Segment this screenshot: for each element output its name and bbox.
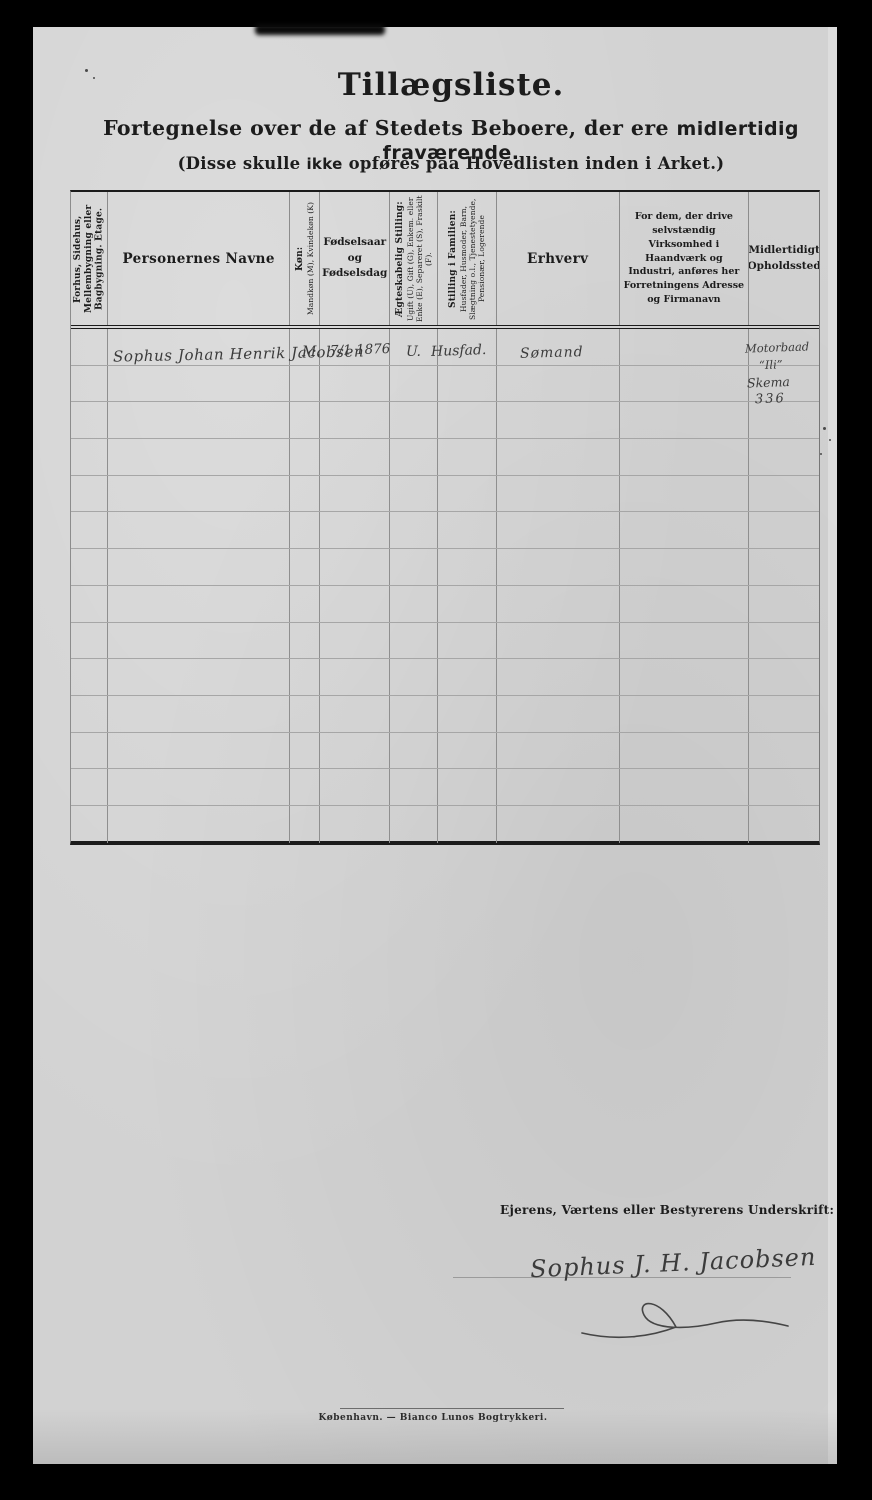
table-row (71, 439, 819, 476)
col-header-label: Erhverv (527, 251, 588, 267)
note-text-prefix: (Disse skulle (178, 154, 307, 173)
subtitle-text: Fortegnelse over de af Stedets Beboere, … (103, 116, 676, 140)
table-cell (290, 366, 320, 402)
table-cell (620, 476, 750, 512)
table-cell (438, 366, 497, 402)
table-cell (438, 623, 497, 659)
table-cell (620, 329, 750, 365)
table-cell (108, 696, 291, 732)
col-header-names: Personernes Navne (108, 192, 291, 325)
table-cell (620, 733, 750, 769)
table-cell (320, 402, 390, 438)
table-cell (438, 439, 497, 475)
table-cell (108, 366, 291, 402)
table-cell (497, 549, 620, 585)
col-header-family-position: Stilling i Familien:Husfader, Husmoder, … (438, 192, 497, 325)
ink-speck (820, 453, 822, 455)
table-cell (620, 366, 750, 402)
table-cell (320, 586, 390, 622)
table-cell (108, 402, 291, 438)
table-cell (390, 733, 438, 769)
table-cell (320, 733, 390, 769)
table-cell (320, 439, 390, 475)
table-cell (320, 769, 390, 805)
table-cell (497, 659, 620, 695)
table-cell (320, 512, 390, 548)
table-cell (438, 402, 497, 438)
residence-line: 336 (745, 388, 838, 408)
table-cell (438, 476, 497, 512)
col-header-birthdate: Fødselsaar og Fødselsdag (320, 192, 390, 325)
table-cell (390, 623, 438, 659)
col-header-label: Midlertidigt Opholdssted (749, 243, 819, 275)
table-cell (71, 439, 108, 475)
table-row (71, 659, 819, 696)
ink-speck (823, 427, 826, 430)
table-cell (320, 696, 390, 732)
table-cell (620, 769, 750, 805)
entry-sex-handwriting: M. (302, 344, 321, 360)
table-cell (320, 476, 390, 512)
col-header-business-address: For dem, der drive selvstændig Virksomhe… (620, 192, 750, 325)
instruction-note: (Disse skulle ikke opføres paa Hovedlist… (63, 154, 839, 173)
table-cell (749, 476, 819, 512)
table-cell (620, 586, 750, 622)
table-cell (497, 623, 620, 659)
table-cell (71, 476, 108, 512)
table-cell (749, 696, 819, 732)
table-cell (620, 402, 750, 438)
table-cell (497, 402, 620, 438)
table-cell (108, 586, 291, 622)
entry-occupation-handwriting: Sømand (520, 344, 584, 362)
table-cell (438, 549, 497, 585)
col-header-label: Køn: (295, 195, 306, 323)
table-cell (71, 402, 108, 438)
table-cell (620, 512, 750, 548)
note-text-suffix: opføres paa Hovedlisten inden i Arket.) (343, 154, 725, 173)
table-cell (71, 696, 108, 732)
table-cell (497, 769, 620, 805)
table-cell (290, 439, 320, 475)
table-cell (320, 806, 390, 843)
table-body (71, 329, 819, 843)
table-cell (290, 549, 320, 585)
table-cell (497, 366, 620, 402)
table-cell (390, 439, 438, 475)
table-cell (438, 696, 497, 732)
page-title: Tillægsliste. (63, 67, 839, 103)
table-cell (290, 659, 320, 695)
table-row (71, 586, 819, 623)
table-cell (438, 586, 497, 622)
table-cell (749, 659, 819, 695)
table-cell (71, 806, 108, 843)
table-cell (749, 586, 819, 622)
table-cell (620, 439, 750, 475)
table-cell (749, 549, 819, 585)
table-cell (620, 623, 750, 659)
table-cell (71, 329, 108, 365)
census-table: Forhus, Sidehus, Mellembygning eller Bag… (70, 190, 820, 845)
table-cell (320, 366, 390, 402)
col-header-sublabel: Ugift (U), Gift (G), Enkem. eller Enke (… (405, 195, 432, 323)
table-cell (290, 806, 320, 843)
col-header-label: Fødselsaar og Fødselsdag (320, 235, 389, 282)
table-cell (290, 586, 320, 622)
col-header-temporary-residence: Midlertidigt Opholdssted (749, 192, 819, 325)
table-cell (390, 696, 438, 732)
table-cell (390, 512, 438, 548)
paper-sheet: Tillægsliste. Fortegnelse over de af Ste… (33, 27, 837, 1464)
table-cell (290, 696, 320, 732)
table-cell (390, 586, 438, 622)
table-cell (320, 659, 390, 695)
table-cell (749, 806, 819, 843)
table-cell (290, 769, 320, 805)
signature-flourish (578, 1289, 793, 1349)
table-cell (749, 733, 819, 769)
table-cell (749, 623, 819, 659)
table-row (71, 476, 819, 513)
table-cell (108, 549, 291, 585)
table-cell (290, 623, 320, 659)
table-cell (290, 512, 320, 548)
note-emphasis: ikke (306, 155, 342, 173)
table-cell (438, 512, 497, 548)
entry-marital-status-handwriting: U. (406, 344, 421, 360)
table-cell (390, 549, 438, 585)
table-cell (620, 806, 750, 843)
scan-smudge (255, 24, 385, 35)
table-cell (290, 733, 320, 769)
table-cell (71, 586, 108, 622)
table-row (71, 549, 819, 586)
table-cell (390, 476, 438, 512)
col-header-label: Stilling i Familien: (448, 195, 459, 323)
table-cell (108, 733, 291, 769)
table-cell (497, 733, 620, 769)
table-cell (320, 549, 390, 585)
table-cell (71, 733, 108, 769)
footer-rule (340, 1408, 564, 1409)
table-cell (108, 769, 291, 805)
table-cell (620, 696, 750, 732)
table-cell (71, 366, 108, 402)
entry-temporary-residence-handwriting: Motorbaad “Ili” Skema 336 (745, 339, 837, 407)
table-cell (438, 733, 497, 769)
table-cell (438, 769, 497, 805)
table-cell (108, 659, 291, 695)
printer-imprint: København. — Bianco Lunos Bogtrykkeri. (193, 1413, 673, 1423)
table-row (71, 402, 819, 439)
table-row (71, 512, 819, 549)
table-cell (749, 769, 819, 805)
table-cell (497, 439, 620, 475)
table-cell (71, 623, 108, 659)
signature-label: Ejerens, Værtens eller Bestyrerens Under… (500, 1203, 834, 1217)
col-header-label: Forhus, Sidehus, Mellembygning eller Bag… (73, 195, 105, 323)
table-cell (438, 659, 497, 695)
ink-speck (829, 439, 831, 441)
col-header-sublabel: Mandkøn (M), Kvindekøn (K) (306, 195, 315, 323)
table-cell (497, 696, 620, 732)
col-header-building: Forhus, Sidehus, Mellembygning eller Bag… (71, 192, 108, 325)
table-row (71, 733, 819, 770)
table-cell (390, 659, 438, 695)
table-cell (71, 549, 108, 585)
col-header-label: Ægteskabelig Stilling: (395, 195, 406, 323)
scan-edge-strip (828, 27, 837, 1464)
table-cell (390, 366, 438, 402)
table-cell (290, 402, 320, 438)
table-cell (497, 476, 620, 512)
table-cell (390, 769, 438, 805)
table-cell (108, 623, 291, 659)
table-row (71, 769, 819, 806)
table-cell (71, 769, 108, 805)
table-row (71, 366, 819, 403)
table-cell (290, 476, 320, 512)
table-cell (620, 659, 750, 695)
table-cell (108, 806, 291, 843)
table-header-row: Forhus, Sidehus, Mellembygning eller Bag… (71, 192, 819, 329)
scanned-census-form: Tillægsliste. Fortegnelse over de af Ste… (0, 0, 872, 1500)
table-cell (497, 806, 620, 843)
table-cell (438, 806, 497, 843)
table-row (71, 623, 819, 660)
table-cell (620, 549, 750, 585)
table-cell (71, 659, 108, 695)
table-cell (108, 512, 291, 548)
col-header-occupation: Erhverv (497, 192, 620, 325)
table-cell (390, 806, 438, 843)
table-row (71, 696, 819, 733)
table-cell (749, 512, 819, 548)
entry-family-position-handwriting: Husfad. (431, 342, 487, 360)
table-cell (71, 512, 108, 548)
col-header-sublabel: Husfader, Husmoder, Barn, Slægtning o.l.… (459, 195, 486, 323)
table-cell (108, 439, 291, 475)
table-cell (320, 623, 390, 659)
col-header-label: For dem, der drive selvstændig Virksomhe… (620, 210, 749, 306)
table-cell (497, 512, 620, 548)
entry-birthdate-handwriting: 7/1 1876 (330, 341, 391, 359)
col-header-sex: Køn:Mandkøn (M), Kvindekøn (K) (290, 192, 320, 325)
col-header-marital-status: Ægteskabelig Stilling:Ugift (U), Gift (G… (390, 192, 438, 325)
table-cell (749, 439, 819, 475)
table-cell (390, 402, 438, 438)
table-cell (108, 476, 291, 512)
table-row (71, 806, 819, 843)
col-header-label: Personernes Navne (122, 251, 274, 267)
table-cell (497, 586, 620, 622)
